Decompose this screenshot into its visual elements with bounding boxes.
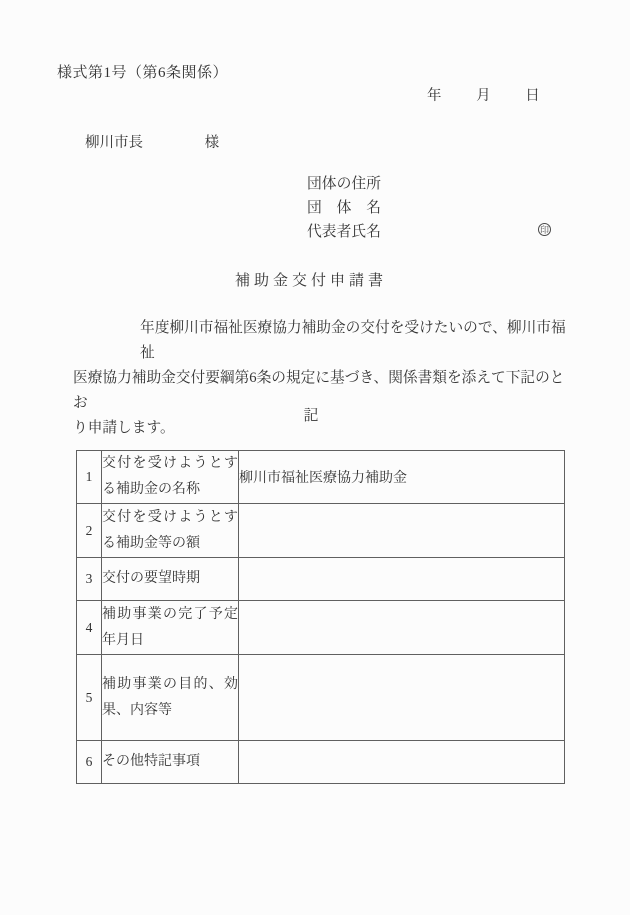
row-label: 交付を受けようとする補助金の名称 (102, 451, 239, 504)
row-number: 5 (77, 655, 102, 741)
application-table: 1 交付を受けようとする補助金の名称 柳川市福祉医療協力補助金 2 交付を受けよ… (76, 450, 565, 784)
row-number: 6 (77, 741, 102, 784)
applicant-representative-label: 代表者氏名 (307, 220, 381, 244)
form-number: 様式第1号（第6条関係） (57, 61, 228, 82)
row-label: 交付を受けようとする補助金等の額 (102, 504, 239, 558)
application-form-page: 様式第1号（第6条関係） 年 月 日 柳川市長 様 団体の住所 団 体 名 代表… (0, 0, 630, 915)
date-month-label: 月 (476, 88, 491, 104)
row-label: その他特記事項 (102, 741, 239, 784)
record-heading: 記 (0, 404, 622, 425)
table-row-purpose-effect: 5 補助事業の目的、効果、内容等 (77, 655, 565, 741)
row-number: 4 (77, 601, 102, 655)
table-row-completion-date: 4 補助事業の完了予定年月日 (77, 601, 565, 655)
date-year-label: 年 (427, 88, 442, 104)
table-row-subsidy-amount: 2 交付を受けようとする補助金等の額 (77, 504, 565, 558)
row-value (239, 504, 565, 558)
row-value (239, 741, 565, 784)
applicant-address-label: 団体の住所 (307, 172, 381, 196)
seal-mark-icon: 印 (538, 223, 551, 236)
row-label: 補助事業の目的、効果、内容等 (102, 655, 239, 741)
date-line: 年 月 日 (427, 84, 540, 105)
row-value: 柳川市福祉医療協力補助金 (239, 451, 565, 504)
table-row-special-notes: 6 その他特記事項 (77, 741, 565, 784)
row-number: 3 (77, 558, 102, 601)
document-title: 補助金交付申請書 (0, 269, 622, 290)
row-label: 補助事業の完了予定年月日 (102, 601, 239, 655)
applicant-info-block: 団体の住所 団 体 名 代表者氏名 (307, 172, 381, 244)
addressee-line: 柳川市長 様 (85, 131, 219, 152)
row-number: 1 (77, 451, 102, 504)
statement-line: 年度柳川市福祉医療協力補助金の交付を受けたいので、柳川市福祉 (73, 316, 573, 366)
addressee-name: 柳川市長 (85, 135, 143, 151)
row-number: 2 (77, 504, 102, 558)
addressee-honorific: 様 (205, 135, 220, 151)
date-day-label: 日 (525, 88, 540, 104)
table-row-subsidy-name: 1 交付を受けようとする補助金の名称 柳川市福祉医療協力補助金 (77, 451, 565, 504)
row-label: 交付の要望時期 (102, 558, 239, 601)
row-value (239, 601, 565, 655)
table-row-desired-timing: 3 交付の要望時期 (77, 558, 565, 601)
row-value (239, 655, 565, 741)
row-value (239, 558, 565, 601)
applicant-organization-label: 団 体 名 (307, 196, 381, 220)
